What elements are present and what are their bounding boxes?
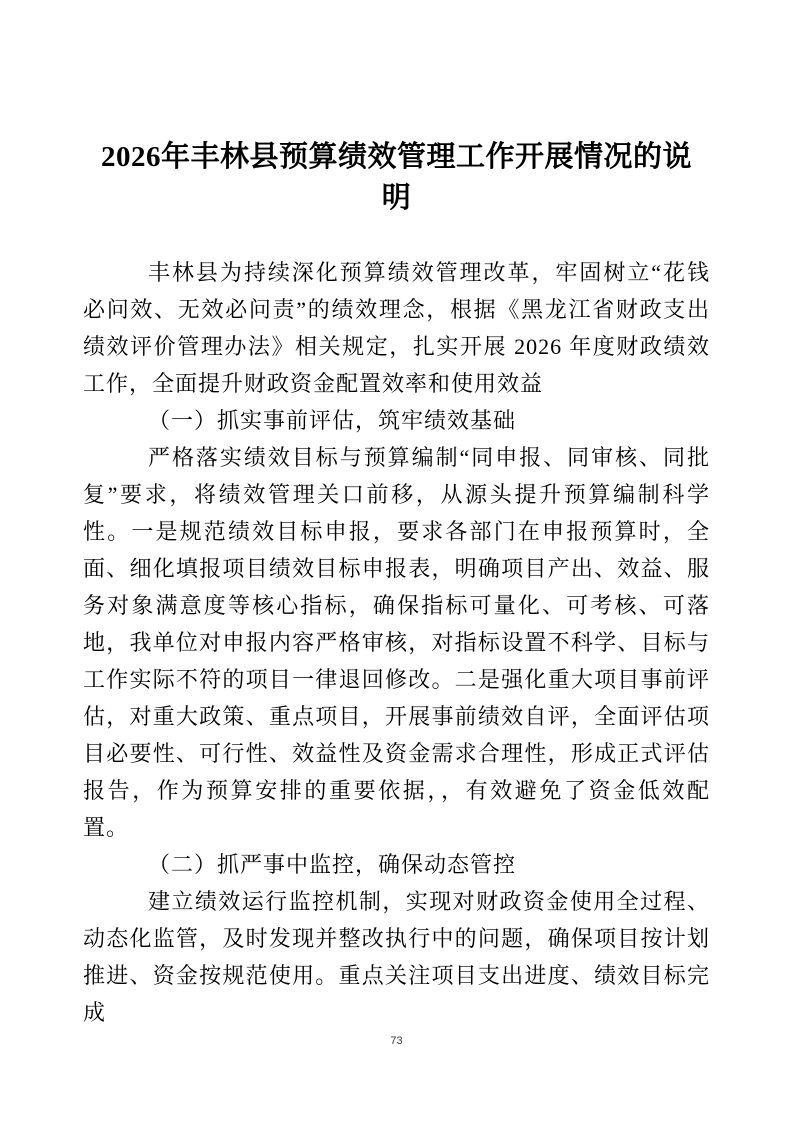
intro-paragraph: 丰林县为持续深化预算绩效管理改革，牢固树立“花钱必问效、无效必问责”的绩效理念，… [83,254,710,402]
section-1-heading: （一）抓实事前评估，筑牢绩效基础 [83,402,710,439]
section-2-body: 建立绩效运行监控机制，实现对财政资金使用全过程、动态化监管，及时发现并整改执行中… [83,883,710,1031]
document-title: 2026年丰林县预算绩效管理工作开展情况的说明 [91,137,703,219]
document-body: 丰林县为持续深化预算绩效管理改革，牢固树立“花钱必问效、无效必问责”的绩效理念，… [0,254,793,1031]
page-footer: 73 [0,1035,793,1047]
section-1-body: 严格落实绩效目标与预算编制“同申报、同审核、同批复”要求，将绩效管理关口前移，从… [83,439,710,846]
section-2-heading: （二）抓严事中监控，确保动态管控 [83,846,710,883]
page-number: 73 [390,1035,402,1047]
document-page: 2026年丰林县预算绩效管理工作开展情况的说明 丰林县为持续深化预算绩效管理改革… [0,0,793,1122]
